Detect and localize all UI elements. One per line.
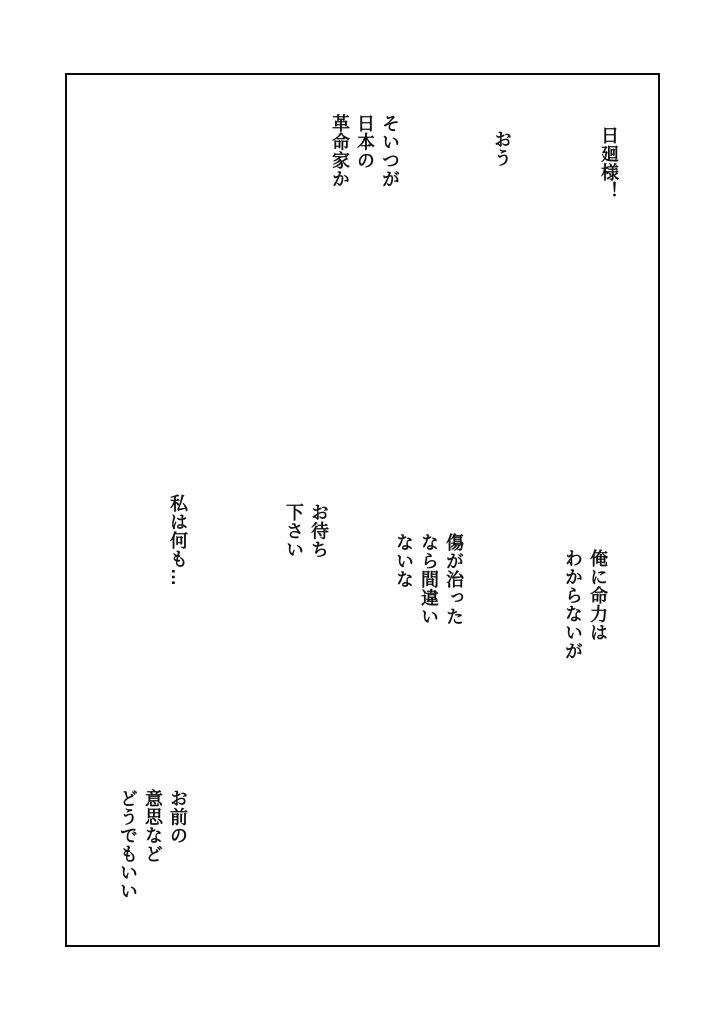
dialogue-text-2: おう: [489, 130, 514, 167]
dialogue-text-7: 私は何も…: [165, 494, 190, 587]
dialogue-text-1: 日廻様！: [596, 126, 621, 200]
dialogue-text-5: 傷が治った なら間違い ないな: [391, 533, 466, 626]
manga-page: 日廻様！ おう そいつが 日本の 革命家か 俺に命力は わからないが 傷が治った…: [0, 0, 725, 1024]
dialogue-text-6: お待ち 下さい: [281, 503, 331, 559]
dialogue-text-8: お前の 意思など どうでもいい: [115, 789, 190, 900]
dialogue-text-3: そいつが 日本の 革命家か: [327, 114, 402, 188]
dialogue-text-4: 俺に命力は わからないが: [560, 549, 610, 660]
